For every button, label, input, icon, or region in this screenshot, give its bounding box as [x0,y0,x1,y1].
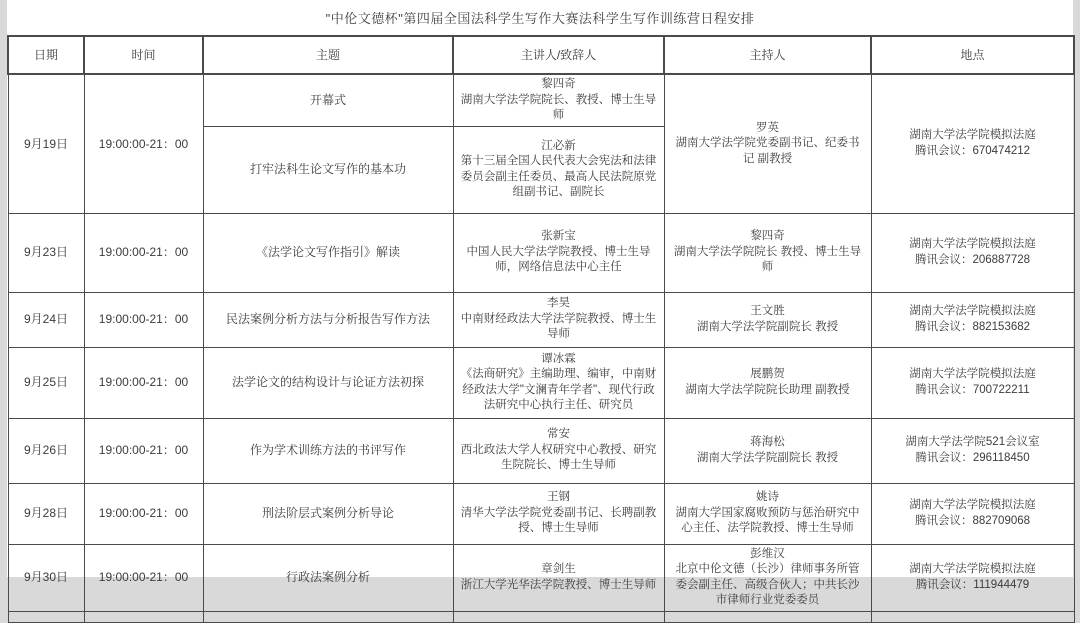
table-row: 9月23日 19:00:00-21：00 《法学论文写作指引》解读 张新宝 中国… [8,213,1074,292]
host-cell: 姚诗 湖南大学国家腐败预防与惩治研究中心主任、法学院教授、博士生导师 [664,483,871,544]
speaker-cell: 江必新 第十三届全国人民代表大会宪法和法律委员会副主任委员、最高人民法院原党组副… [453,126,664,213]
location-cell: 湖南大学法学院模拟法庭 腾讯会议：882709068 [871,483,1074,544]
speaker-cell: 谭冰霖 《法商研究》主编助理、编审，中南财经政法大学"文澜青年学者"、现代行政法… [453,347,664,418]
location-cell: 湖南大学法学院521会议室 腾讯会议：296118450 [871,418,1074,483]
host-cell: 黎四奇 湖南大学法学院院长 教授、博士生导师 [664,213,871,292]
host-cell: 展鹏贺 湖南大学法学院院长助理 副教授 [664,347,871,418]
table-row: 9月19日 19:00:00-21：00 开幕式 黎四奇 湖南大学法学院院长、教… [8,74,1074,126]
topic-cell: 作为学术训练方法的书评写作 [203,418,453,483]
location-cell: 湖南大学法学院模拟法庭 腾讯会议：111944479 [871,544,1074,584]
speaker-cell: 李昊 中南财经政法大学法学院教授、博士生导师 [453,292,664,347]
column-header-date: 日期 [8,36,84,74]
topic-cell: 行政法案例分析 [203,544,453,584]
date-cell: 9月24日 [8,292,84,347]
time-cell: 19:00:00-21：00 [84,483,203,544]
date-cell: 9月28日 [8,483,84,544]
date-cell: 9月25日 [8,347,84,418]
schedule-sheet: "中伦文德杯"第四届全国法科学生写作大赛法科学生写作训练营日程安排 日期 时间 … [7,0,1073,577]
host-cell: 罗英 湖南大学法学院党委副书记、纪委书记 副教授 [664,74,871,213]
speaker-cell: 王钢 清华大学法学院党委副书记、长聘副教授、博士生导师 [453,483,664,544]
column-header-topic: 主题 [203,36,453,74]
time-cell: 19:00:00-21：00 [84,213,203,292]
host-cell: 蒋海松 湖南大学法学院副院长 教授 [664,418,871,483]
speaker-cell: 张新宝 中国人民大学法学院教授、博士生导师，网络信息法中心主任 [453,213,664,292]
table-row: 9月25日 19:00:00-21：00 法学论文的结构设计与论证方法初探 谭冰… [8,347,1074,418]
date-cell: 9月30日 [8,544,84,584]
table-row: 9月26日 19:00:00-21：00 作为学术训练方法的书评写作 常安 西北… [8,418,1074,483]
location-cell: 湖南大学法学院模拟法庭 腾讯会议：206887728 [871,213,1074,292]
time-cell: 19:00:00-21：00 [84,74,203,213]
topic-cell: 法学论文的结构设计与论证方法初探 [203,347,453,418]
date-cell: 9月19日 [8,74,84,213]
topic-cell: 刑法阶层式案例分析导论 [203,483,453,544]
topic-cell: 打牢法科生论文写作的基本功 [203,126,453,213]
column-header-speaker: 主讲人/致辞人 [453,36,664,74]
topic-cell: 开幕式 [203,74,453,126]
speaker-cell: 黎四奇 湖南大学法学院院长、教授、博士生导师 [453,74,664,126]
schedule-table: 日期 时间 主题 主讲人/致辞人 主持人 地点 9月19日 19:00:00-2… [7,35,1075,584]
topic-cell: 民法案例分析方法与分析报告写作方法 [203,292,453,347]
host-cell: 彭维汉 北京中伦文德（长沙）律师事务所管委会副主任、高级合伙人；中共长沙市律师行… [664,544,871,584]
date-cell: 9月23日 [8,213,84,292]
host-cell: 王文胜 湖南大学法学院副院长 教授 [664,292,871,347]
column-header-time: 时间 [84,36,203,74]
column-header-host: 主持人 [664,36,871,74]
location-cell: 湖南大学法学院模拟法庭 腾讯会议：700722211 [871,347,1074,418]
time-cell: 19:00:00-21：00 [84,418,203,483]
table-row: 9月28日 19:00:00-21：00 刑法阶层式案例分析导论 王钢 清华大学… [8,483,1074,544]
column-header-location: 地点 [871,36,1074,74]
page-title: "中伦文德杯"第四届全国法科学生写作大赛法科学生写作训练营日程安排 [7,0,1073,35]
table-row: 9月24日 19:00:00-21：00 民法案例分析方法与分析报告写作方法 李… [8,292,1074,347]
time-cell: 19:00:00-21：00 [84,292,203,347]
time-cell: 19:00:00-21：00 [84,347,203,418]
speaker-cell: 常安 西北政法大学人权研究中心教授、研究生院院长、博士生导师 [453,418,664,483]
date-cell: 9月26日 [8,418,84,483]
table-row: 9月30日 19:00:00-21：00 行政法案例分析 章剑生 浙江大学光华法… [8,544,1074,584]
header-row: 日期 时间 主题 主讲人/致辞人 主持人 地点 [8,36,1074,74]
location-cell: 湖南大学法学院模拟法庭 腾讯会议：882153682 [871,292,1074,347]
topic-cell: 《法学论文写作指引》解读 [203,213,453,292]
time-cell: 19:00:00-21：00 [84,544,203,584]
location-cell: 湖南大学法学院模拟法庭 腾讯会议：670474212 [871,74,1074,213]
speaker-cell: 章剑生 浙江大学光华法学院教授、博士生导师 [453,544,664,584]
